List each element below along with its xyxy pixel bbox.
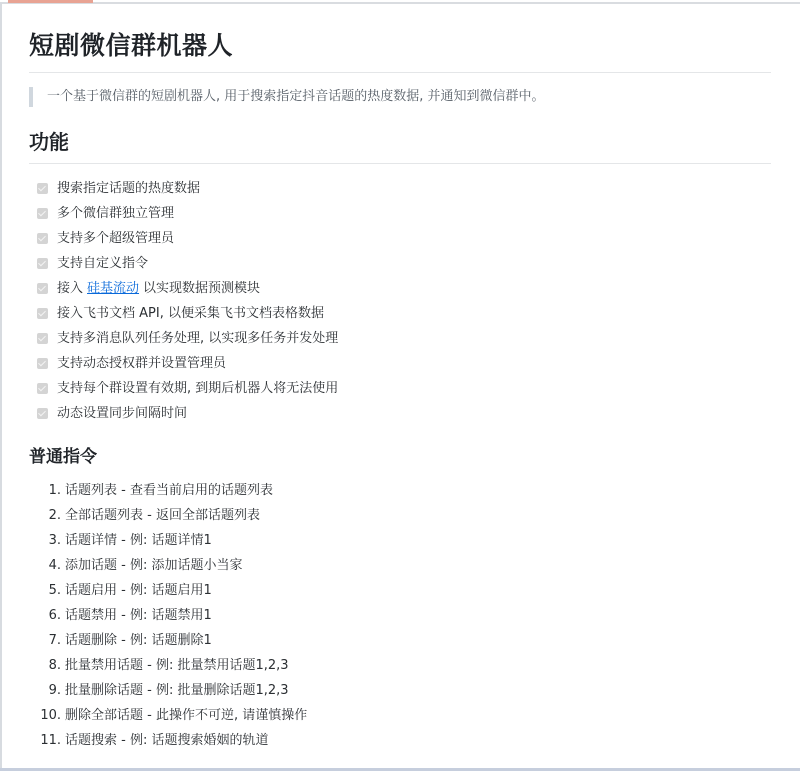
list-number: 4. [29,553,65,578]
list-number: 10. [29,703,65,728]
command-item: 10.删除全部话题 - 此操作不可逆, 请谨慎操作 [29,703,771,728]
list-number: 6. [29,603,65,628]
command-item: 7.话题删除 - 例: 话题删除1 [29,628,771,653]
features-list: 搜索指定话题的热度数据 多个微信群独立管理 支持多个超级管理员 支持自定义指令 … [29,176,771,426]
active-tab-indicator [8,0,93,3]
command-item: 3.话题详情 - 例: 话题详情1 [29,528,771,553]
list-number: 9. [29,678,65,703]
feature-text: 支持每个群设置有效期, 到期后机器人将无法使用 [57,376,338,401]
command-text: 话题启用 - 例: 话题启用1 [65,578,212,603]
commands-heading: 普通指令 [29,444,771,470]
list-number: 11. [29,728,65,753]
feature-text: 支持多消息队列任务处理, 以实现多任务并发处理 [57,326,338,351]
command-text: 话题删除 - 例: 话题删除1 [65,628,212,653]
list-number: 1. [29,478,65,503]
feature-item: 支持多个超级管理员 [37,226,771,251]
top-divider [0,2,800,4]
command-item: 11.话题搜索 - 例: 话题搜索婚姻的轨道 [29,728,771,753]
checkbox-checked-icon[interactable] [37,283,48,294]
checkbox-checked-icon[interactable] [37,308,48,319]
command-text: 话题详情 - 例: 话题详情1 [65,528,212,553]
description-quote: 一个基于微信群的短剧机器人, 用于搜索指定抖音话题的热度数据, 并通知到微信群中… [29,87,771,107]
checkbox-checked-icon[interactable] [37,333,48,344]
feature-text: 支持动态授权群并设置管理员 [57,351,226,376]
checkbox-checked-icon[interactable] [37,358,48,369]
checkbox-checked-icon[interactable] [37,233,48,244]
features-heading: 功能 [29,127,771,164]
command-text: 删除全部话题 - 此操作不可逆, 请谨慎操作 [65,703,307,728]
feature-item: 支持每个群设置有效期, 到期后机器人将无法使用 [37,376,771,401]
feature-text: 搜索指定话题的热度数据 [57,176,200,201]
feature-text: 支持自定义指令 [57,251,148,276]
siliconflow-link[interactable]: 硅基流动 [87,276,139,301]
list-number: 7. [29,628,65,653]
page-title: 短剧微信群机器人 [29,28,771,73]
feature-item: 支持动态授权群并设置管理员 [37,351,771,376]
list-number: 3. [29,528,65,553]
feature-text: 支持多个超级管理员 [57,226,174,251]
list-number: 8. [29,653,65,678]
feature-item: 接入飞书文档 API, 以便采集飞书文档表格数据 [37,301,771,326]
checkbox-checked-icon[interactable] [37,383,48,394]
command-text: 批量删除话题 - 例: 批量删除话题1,2,3 [65,678,289,703]
feature-item: 接入硅基流动以实现数据预测模块 [37,276,771,301]
feature-item: 支持多消息队列任务处理, 以实现多任务并发处理 [37,326,771,351]
command-text: 话题列表 - 查看当前启用的话题列表 [65,478,273,503]
list-number: 5. [29,578,65,603]
list-number: 2. [29,503,65,528]
feature-text: 接入 [57,276,83,301]
feature-item: 动态设置同步间隔时间 [37,401,771,426]
feature-text: 多个微信群独立管理 [57,201,174,226]
command-item: 2.全部话题列表 - 返回全部话题列表 [29,503,771,528]
command-text: 全部话题列表 - 返回全部话题列表 [65,503,260,528]
feature-item: 搜索指定话题的热度数据 [37,176,771,201]
command-item: 4.添加话题 - 例: 添加话题小当家 [29,553,771,578]
command-text: 添加话题 - 例: 添加话题小当家 [65,553,242,578]
feature-text: 以实现数据预测模块 [143,276,260,301]
command-item: 6.话题禁用 - 例: 话题禁用1 [29,603,771,628]
command-text: 话题搜索 - 例: 话题搜索婚姻的轨道 [65,728,268,753]
command-text: 话题禁用 - 例: 话题禁用1 [65,603,212,628]
command-item: 9.批量删除话题 - 例: 批量删除话题1,2,3 [29,678,771,703]
checkbox-checked-icon[interactable] [37,258,48,269]
command-item: 1.话题列表 - 查看当前启用的话题列表 [29,478,771,503]
checkbox-checked-icon[interactable] [37,408,48,419]
feature-text: 接入飞书文档 API, 以便采集飞书文档表格数据 [57,301,324,326]
checkbox-checked-icon[interactable] [37,208,48,219]
left-border [0,3,2,771]
feature-text: 动态设置同步间隔时间 [57,401,187,426]
checkbox-checked-icon[interactable] [37,183,48,194]
commands-list: 1.话题列表 - 查看当前启用的话题列表 2.全部话题列表 - 返回全部话题列表… [29,478,771,753]
command-text: 批量禁用话题 - 例: 批量禁用话题1,2,3 [65,653,289,678]
feature-item: 多个微信群独立管理 [37,201,771,226]
readme-document: 短剧微信群机器人 一个基于微信群的短剧机器人, 用于搜索指定抖音话题的热度数据,… [29,28,771,753]
command-item: 8.批量禁用话题 - 例: 批量禁用话题1,2,3 [29,653,771,678]
command-item: 5.话题启用 - 例: 话题启用1 [29,578,771,603]
feature-item: 支持自定义指令 [37,251,771,276]
